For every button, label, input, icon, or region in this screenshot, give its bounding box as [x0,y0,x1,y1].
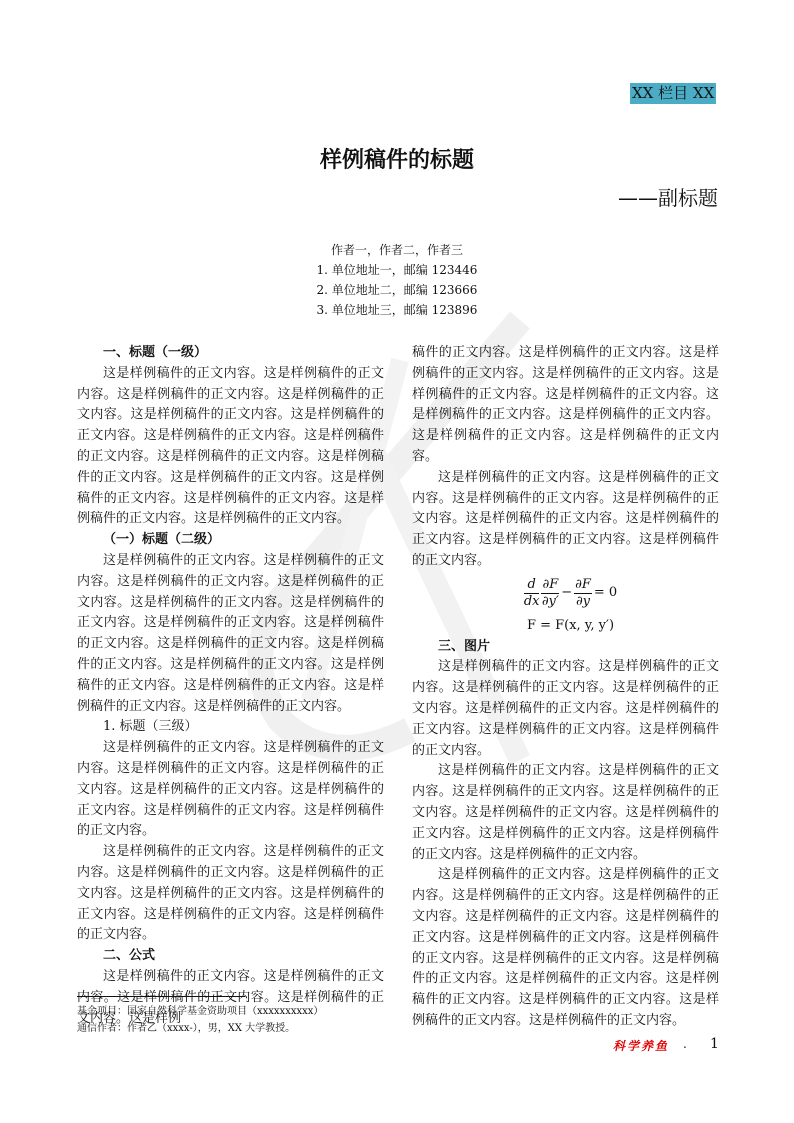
affiliation-3: 3. 单位地址三，邮编 123896 [0,300,794,320]
authors: 作者一，作者二，作者三 [0,240,794,260]
body-paragraph: 这是样例稿件的正文内容。这是样例稿件的正文内容。这是样例稿件的正文内容。这是样例… [412,468,719,572]
heading-formula: 二、公式 [77,946,384,967]
author-block: 作者一，作者二，作者三 1. 单位地址一，邮编 123446 2. 单位地址二，… [0,240,794,320]
column-tag: XX 栏目 XX [630,83,716,104]
euler-lagrange-equation: d dx ∂F ∂y′ − ∂F ∂y = 0 [412,572,719,616]
heading-level-2: （一）标题（二级） [77,530,384,551]
footnote-divider [77,996,245,997]
article-subtitle: ——副标题 [618,182,718,211]
function-definition: F = F(x, y, y′) [412,616,719,637]
funding-note: 基金项目：国家自然科学基金资助项目（xxxxxxxxxx） [77,1003,323,1020]
equation-block: d dx ∂F ∂y′ − ∂F ∂y = 0 F = F(x, y, y′) [412,572,719,637]
affiliation-2: 2. 单位地址二，邮编 123666 [0,280,794,300]
equals-zero: = 0 [594,583,617,604]
body-paragraph: 这是样例稿件的正文内容。这是样例稿件的正文内容。这是样例稿件的正文内容。这是样例… [77,551,384,717]
body-paragraph: 这是样例稿件的正文内容。这是样例稿件的正文内容。这是样例稿件的正文内容。这是样例… [412,761,719,865]
page-number: 1 [710,1036,719,1052]
body-paragraph-continued: 稿件的正文内容。这是样例稿件的正文内容。这是样例稿件的正文内容。这是样例稿件的正… [412,343,719,468]
journal-brand: 科学养鱼 [613,1037,669,1054]
fraction-d-dx: d dx [524,577,540,610]
body-paragraph: 这是样例稿件的正文内容。这是样例稿件的正文内容。这是样例稿件的正文内容。这是样例… [412,657,719,761]
body-paragraph: 这是样例稿件的正文内容。这是样例稿件的正文内容。这是样例稿件的正文内容。这是样例… [412,865,719,1031]
minus-sign: − [561,583,572,604]
article-title: 样例稿件的标题 [0,143,794,174]
body-paragraph: 这是样例稿件的正文内容。这是样例稿件的正文内容。这是样例稿件的正文内容。这是样例… [77,738,384,842]
body-paragraph: 这是样例稿件的正文内容。这是样例稿件的正文内容。这是样例稿件的正文内容。这是样例… [77,364,384,530]
heading-figures: 三、图片 [412,637,719,658]
footnotes: 基金项目：国家自然科学基金资助项目（xxxxxxxxxx） 通信作者：作者乙（x… [77,1003,323,1037]
heading-level-1: 一、标题（一级） [77,343,384,364]
body-paragraph: 这是样例稿件的正文内容。这是样例稿件的正文内容。这是样例稿件的正文内容。这是样例… [77,842,384,946]
fraction-dF-dy: ∂F ∂y [574,577,592,610]
footer-separator: . [683,1037,687,1051]
fraction-dF-dyprime: ∂F ∂y′ [541,577,559,610]
left-column: 一、标题（一级） 这是样例稿件的正文内容。这是样例稿件的正文内容。这是样例稿件的… [77,343,384,1029]
affiliation-1: 1. 单位地址一，邮编 123446 [0,260,794,280]
heading-level-3: 1. 标题（三级） [77,717,384,738]
corresponding-author-note: 通信作者：作者乙（xxxx-），男，XX 大学教授。 [77,1020,323,1037]
right-column: 稿件的正文内容。这是样例稿件的正文内容。这是样例稿件的正文内容。这是样例稿件的正… [412,343,719,1032]
